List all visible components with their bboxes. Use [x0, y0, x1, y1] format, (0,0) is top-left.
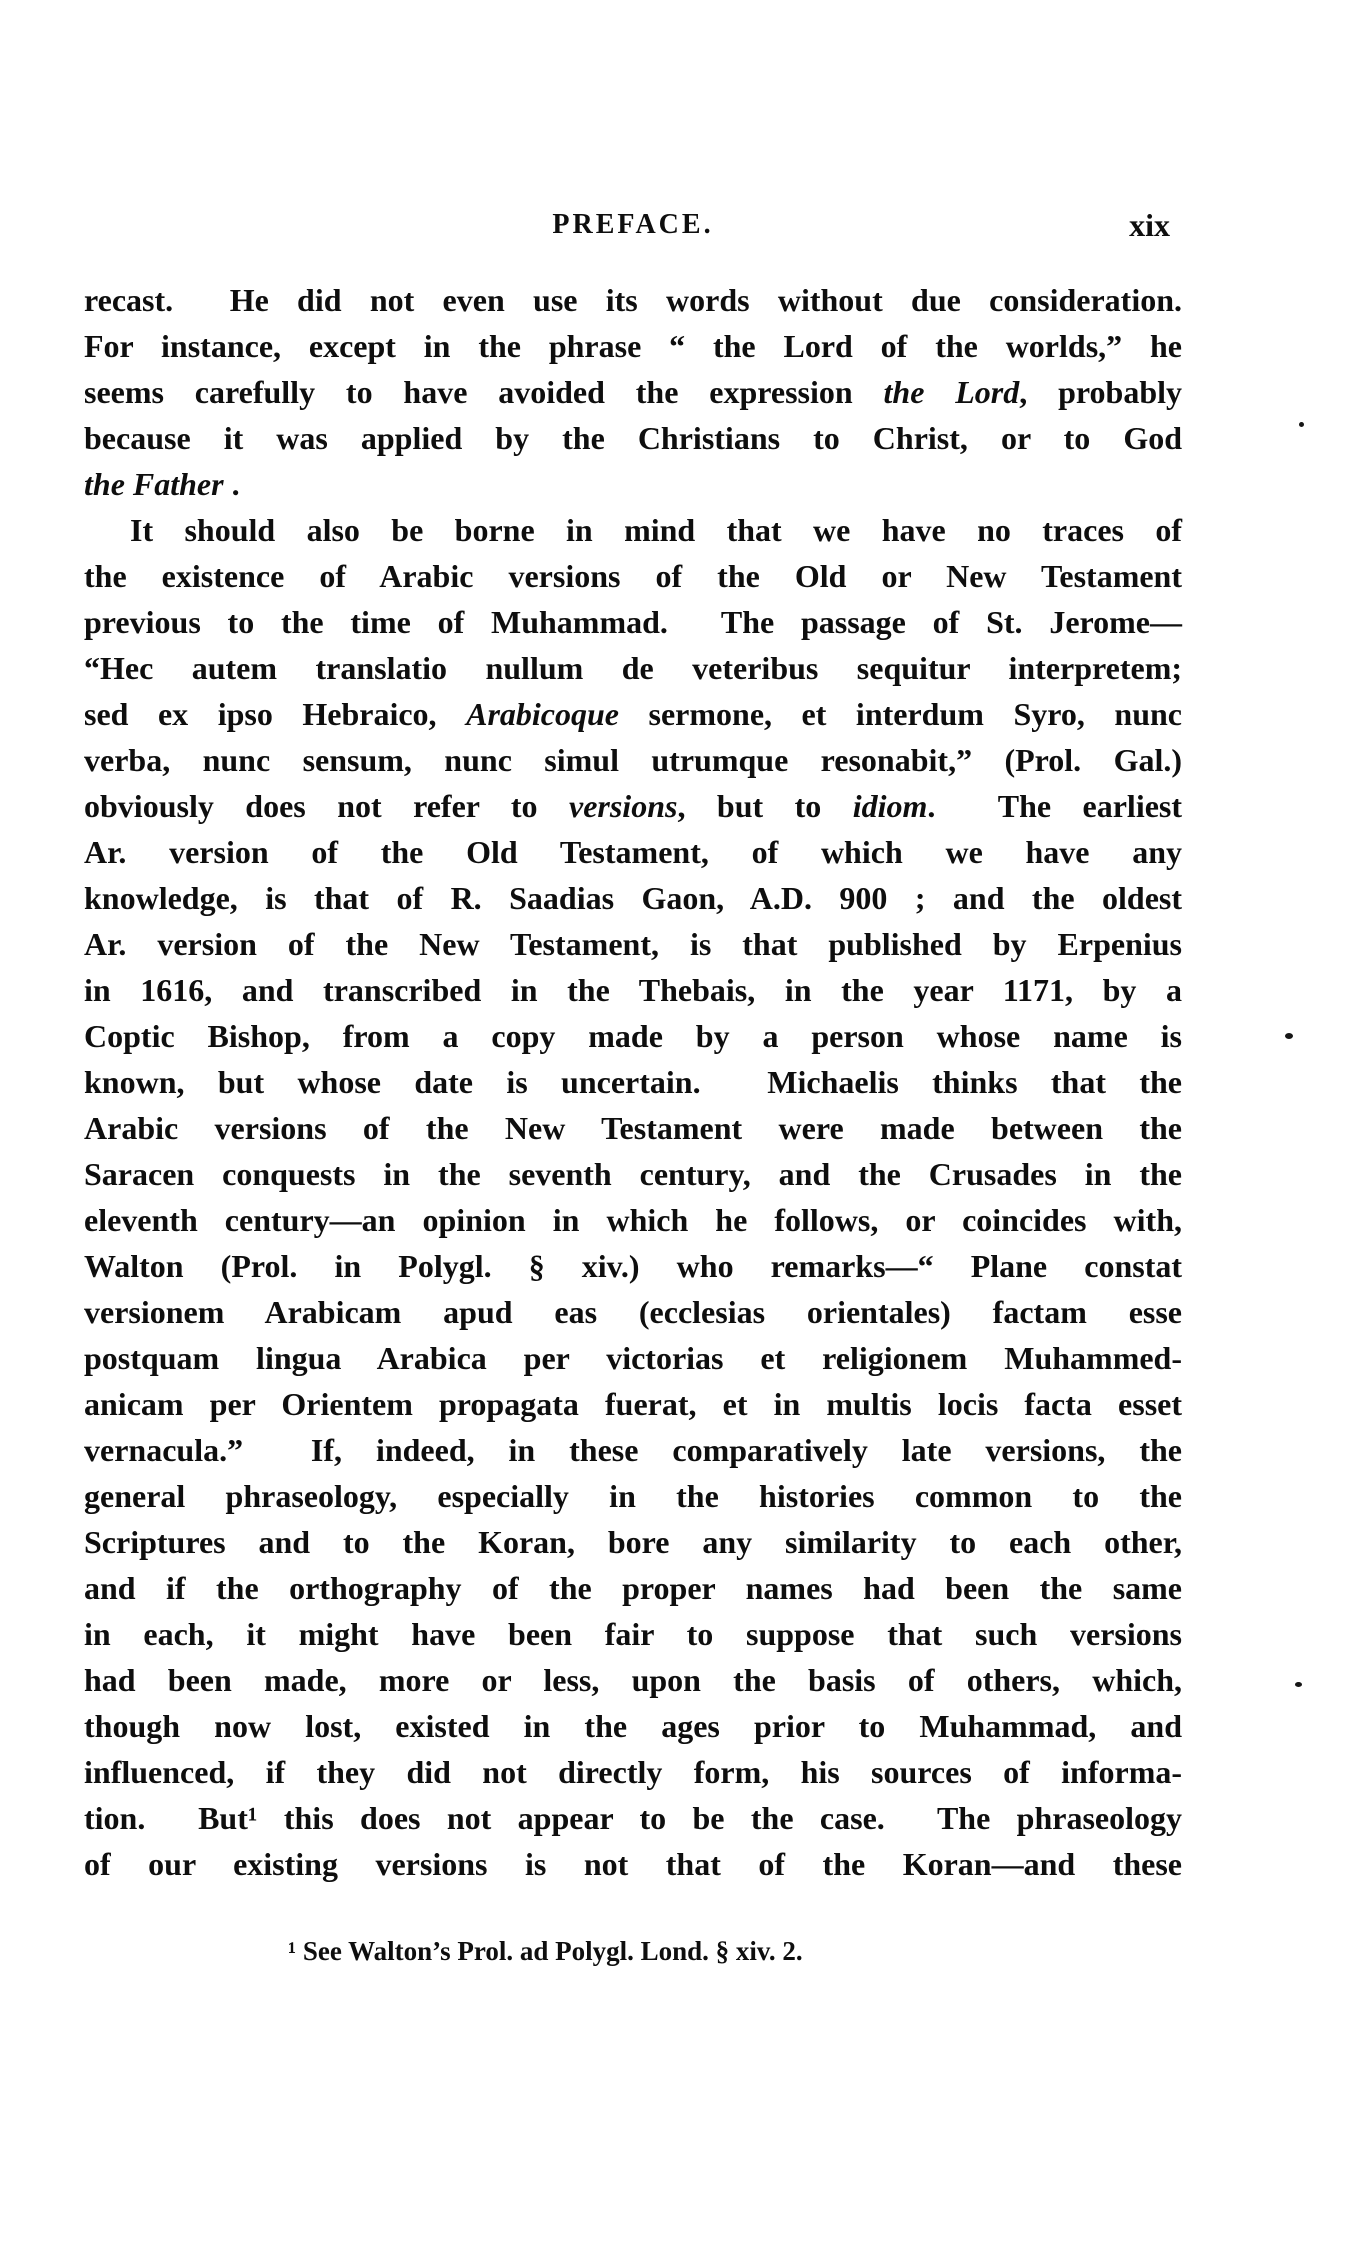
text-segment: and if the orthography of the proper nam… [84, 1570, 1182, 1606]
text-line: because it was applied by the Christians… [84, 415, 1182, 461]
text-segment: Arabic versions of the New Testament wer… [84, 1110, 1182, 1146]
page-number: xix [1129, 204, 1170, 246]
scan-artifact-dot [1285, 1033, 1293, 1039]
page-header: PREFACE. xix [84, 204, 1182, 246]
text-segment: knowledge, is that of R. Saadias Gaon, A… [84, 880, 1182, 916]
text-segment: sermone, et interdum Syro, nunc [619, 696, 1182, 732]
text-line: tion. But¹ this does not appear to be th… [84, 1795, 1182, 1841]
body-text: recast. He did not even use its words wi… [84, 277, 1182, 1887]
text-segment: in 1616, and transcribed in the Thebais,… [84, 972, 1182, 1008]
text-line: Saracen conquests in the seventh century… [84, 1151, 1182, 1197]
text-segment: verba, nunc sensum, nunc simul utrumque … [84, 742, 1182, 778]
text-segment: eleventh century—an opinion in which he … [84, 1202, 1182, 1238]
italic-text-segment: the Father [84, 466, 224, 502]
text-segment: of our existing versions is not that of … [84, 1846, 1182, 1882]
text-segment: “Hec autem translatio nullum de veteribu… [84, 650, 1182, 686]
text-segment: versionem Arabicam apud eas (ecclesias o… [84, 1294, 1182, 1330]
italic-text-segment: idiom [853, 788, 928, 824]
text-segment: anicam per Orientem propagata fuerat, et… [84, 1386, 1182, 1422]
text-line: postquam lingua Arabica per victorias et… [84, 1335, 1182, 1381]
text-line: in 1616, and transcribed in the Thebais,… [84, 967, 1182, 1013]
text-segment: , but to [677, 788, 852, 824]
text-line: “Hec autem translatio nullum de veteribu… [84, 645, 1182, 691]
text-line: Scriptures and to the Koran, bore any si… [84, 1519, 1182, 1565]
scan-artifact-dot [1295, 1682, 1302, 1687]
scan-artifact-dot [1299, 422, 1304, 427]
text-segment: the existence of Arabic versions of the … [84, 558, 1182, 594]
text-segment: Scriptures and to the Koran, bore any si… [84, 1524, 1182, 1560]
text-segment: because it was applied by the Christians… [84, 420, 1182, 456]
text-line: of our existing versions is not that of … [84, 1841, 1182, 1887]
text-segment: Ar. version of the Old Testament, of whi… [84, 834, 1182, 870]
text-line: Coptic Bishop, from a copy made by a per… [84, 1013, 1182, 1059]
text-segment: general phraseology, especially in the h… [84, 1478, 1182, 1514]
text-line: obviously does not refer to versions, bu… [84, 783, 1182, 829]
text-line: seems carefully to have avoided the expr… [84, 369, 1182, 415]
book-page: PREFACE. xix recast. He did not even use… [0, 0, 1367, 2245]
text-line: Walton (Prol. in Polygl. § xiv.) who rem… [84, 1243, 1182, 1289]
text-segment: had been made, more or less, upon the ba… [84, 1662, 1182, 1698]
text-segment: influenced, if they did not directly for… [84, 1754, 1182, 1790]
text-segment: For instance, except in the phrase “ the… [84, 328, 1182, 364]
text-line: verba, nunc sensum, nunc simul utrumque … [84, 737, 1182, 783]
text-segment: recast. He did not even use its words wi… [84, 282, 1182, 318]
text-segment: . [224, 466, 240, 502]
text-line: versionem Arabicam apud eas (ecclesias o… [84, 1289, 1182, 1335]
text-line: and if the orthography of the proper nam… [84, 1565, 1182, 1611]
text-line: in each, it might have been fair to supp… [84, 1611, 1182, 1657]
text-segment: Saracen conquests in the seventh century… [84, 1156, 1182, 1192]
text-segment: sed ex ipso Hebraico, [84, 696, 466, 732]
text-line: known, but whose date is uncertain. Mich… [84, 1059, 1182, 1105]
text-segment: obviously does not refer to [84, 788, 569, 824]
text-line: the Father . [84, 461, 1182, 507]
page-title: PREFACE. [84, 204, 1182, 246]
text-line: recast. He did not even use its words wi… [84, 277, 1182, 323]
text-segment: It should also be borne in mind that we … [130, 512, 1182, 548]
text-line: the existence of Arabic versions of the … [84, 553, 1182, 599]
italic-text-segment: versions [569, 788, 677, 824]
text-segment: vernacula.” If, indeed, in these compara… [84, 1432, 1182, 1468]
text-segment: Coptic Bishop, from a copy made by a per… [84, 1018, 1182, 1054]
text-segment: . The earliest [927, 788, 1182, 824]
text-segment: tion. But¹ this does not appear to be th… [84, 1800, 1182, 1836]
italic-text-segment: Arabicoque [466, 696, 619, 732]
text-line: vernacula.” If, indeed, in these compara… [84, 1427, 1182, 1473]
text-line: though now lost, existed in the ages pri… [84, 1703, 1182, 1749]
text-segment: seems carefully to have avoided the expr… [84, 374, 884, 410]
text-segment: known, but whose date is uncertain. Mich… [84, 1064, 1182, 1100]
text-line: anicam per Orientem propagata fuerat, et… [84, 1381, 1182, 1427]
text-line: For instance, except in the phrase “ the… [84, 323, 1182, 369]
text-line: eleventh century—an opinion in which he … [84, 1197, 1182, 1243]
text-line: sed ex ipso Hebraico, Arabicoque sermone… [84, 691, 1182, 737]
text-line: Ar. version of the New Testament, is tha… [84, 921, 1182, 967]
text-segment: postquam lingua Arabica per victorias et… [84, 1340, 1182, 1376]
italic-text-segment: the Lord [884, 374, 1020, 410]
text-line: general phraseology, especially in the h… [84, 1473, 1182, 1519]
text-segment: in each, it might have been fair to supp… [84, 1616, 1182, 1652]
text-line: had been made, more or less, upon the ba… [84, 1657, 1182, 1703]
text-segment: previous to the time of Muhammad. The pa… [84, 604, 1182, 640]
text-line: knowledge, is that of R. Saadias Gaon, A… [84, 875, 1182, 921]
text-line: It should also be borne in mind that we … [84, 507, 1182, 553]
text-line: Ar. version of the Old Testament, of whi… [84, 829, 1182, 875]
text-segment: Ar. version of the New Testament, is tha… [84, 926, 1182, 962]
text-line: Arabic versions of the New Testament wer… [84, 1105, 1182, 1151]
text-segment: Walton (Prol. in Polygl. § xiv.) who rem… [84, 1248, 1182, 1284]
text-line: previous to the time of Muhammad. The pa… [84, 599, 1182, 645]
text-segment: though now lost, existed in the ages pri… [84, 1708, 1182, 1744]
text-segment: , probably [1019, 374, 1182, 410]
text-line: influenced, if they did not directly for… [84, 1749, 1182, 1795]
footnote: ¹ See Walton’s Prol. ad Polygl. Lond. § … [288, 1934, 803, 1968]
